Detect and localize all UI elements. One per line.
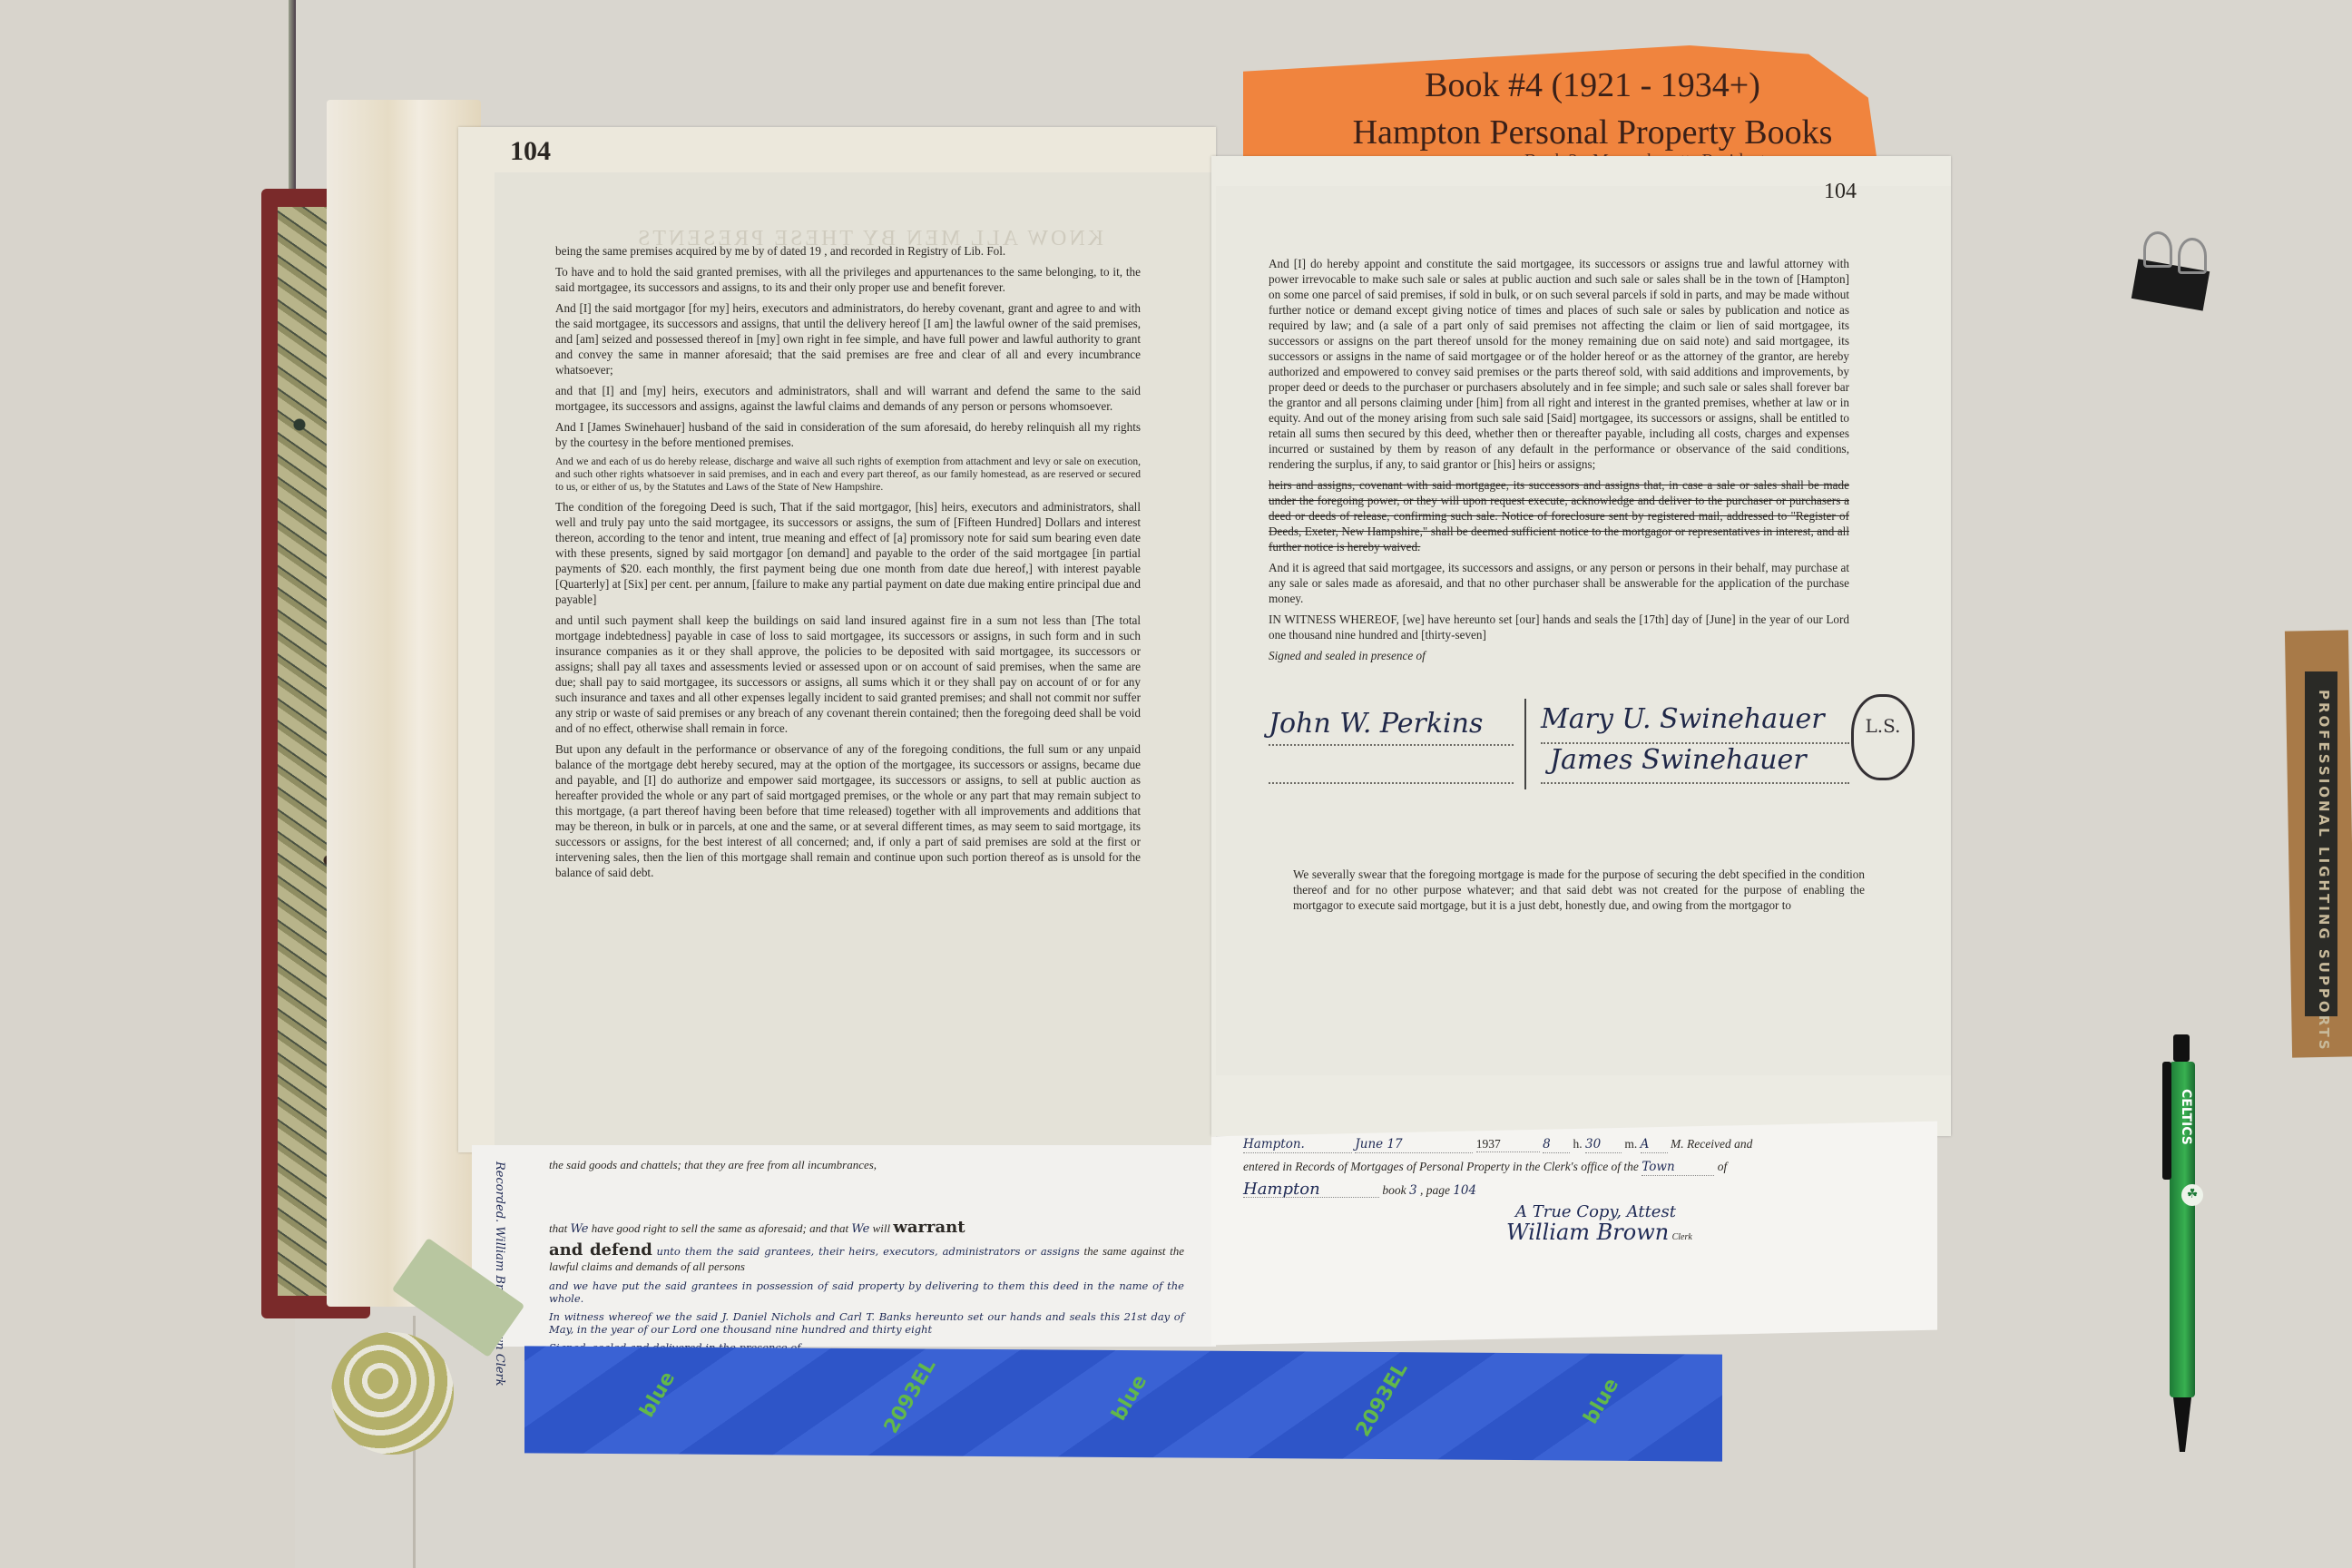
blank-lines — [549, 1178, 1184, 1214]
paragraph: And [I] do hereby appoint and constitute… — [1269, 256, 1849, 472]
mortgage-form-right: And [I] do hereby appoint and constitute… — [1269, 256, 1849, 669]
recording-certificate: Hampton. June 17 1937 8 h. 30 m. A M. Re… — [1243, 1136, 1878, 1250]
clerk-line: William Brown Clerk — [1243, 1225, 1878, 1245]
signature-block: John W. Perkins Mary U. Swinehauer James… — [1269, 699, 1904, 799]
oath-paragraph: We severally swear that the foregoing mo… — [1293, 867, 1865, 918]
paragraph: being the same premises acquired by me b… — [555, 243, 1141, 259]
paragraph: and that [I] and [my] heirs, executors a… — [555, 383, 1141, 414]
wax-seal-mark: L.S. — [1851, 694, 1915, 780]
sign-title-line1: Book #4 (1921 - 1934+) — [1243, 65, 1942, 105]
defend-line: and defend unto them the said grantees, … — [549, 1242, 1184, 1274]
page-number-right: 104 — [1824, 180, 1857, 204]
struck-paragraph: heirs and assigns, covenant with said mo… — [1269, 477, 1849, 554]
table-surface-left — [0, 0, 295, 1568]
clip-handle — [2143, 231, 2172, 268]
mortgage-form-left: being the same premises acquired by me b… — [555, 243, 1141, 886]
shamrock-icon: ☘ — [2181, 1184, 2203, 1206]
record-line-1: Hampton. June 17 1937 8 h. 30 m. A M. Re… — [1243, 1136, 1878, 1153]
pen-clip — [2162, 1062, 2171, 1180]
pen-label: CELTICS — [2179, 1089, 2193, 1145]
warrant-line: that We have good right to sell the same… — [549, 1220, 1184, 1237]
paragraph: And it is agreed that said mortgagee, it… — [1269, 560, 1849, 606]
paragraph: and until such payment shall keep the bu… — [555, 612, 1141, 736]
signature-line — [1269, 744, 1514, 746]
margin-note: Recorded. William Brown Town Clerk — [490, 1161, 508, 1387]
record-line-2: entered in Records of Mortgages of Perso… — [1243, 1159, 1878, 1176]
paragraph: And [I] the said mortgagor [for my] heir… — [555, 300, 1141, 377]
sign-title-line2: Hampton Personal Property Books — [1243, 113, 1942, 152]
chattel-line: the said goods and chattels; that they a… — [549, 1157, 1184, 1172]
paragraph: And we and each of us do hereby release,… — [555, 456, 1141, 494]
page-number-left: 104 — [510, 136, 551, 167]
paragraph: IN WITNESS WHEREOF, [we] have hereunto s… — [1269, 612, 1849, 642]
mortgagor-signature-1: Mary U. Swinehauer — [1541, 703, 1825, 735]
clip-handle — [2178, 238, 2207, 274]
signed-label: Signed and sealed in presence of — [1269, 648, 1849, 663]
record-line-3: Hampton book 3 , page 104 — [1243, 1181, 1878, 1199]
signature-divider — [1524, 699, 1526, 789]
handwritten-line: and we have put the said grantees in pos… — [549, 1279, 1184, 1305]
box-label: PROFESSIONAL LIGHTING SUPPORTS — [2316, 690, 2332, 1034]
paragraph: To have and to hold the said granted pre… — [555, 264, 1141, 295]
handwritten-line: In witness whereof we the said J. Daniel… — [549, 1310, 1184, 1336]
paragraph: But upon any default in the performance … — [555, 741, 1141, 880]
paragraph: The condition of the foregoing Deed is s… — [555, 499, 1141, 607]
witness-signature: John W. Perkins — [1269, 708, 1483, 740]
mortgagor-signature-2: James Swinehauer — [1550, 744, 1807, 776]
signature-line — [1541, 782, 1849, 784]
attest-line: A True Copy, Attest — [1243, 1204, 1878, 1220]
signature-line — [1269, 782, 1514, 784]
pen-tip — [2173, 1397, 2191, 1452]
table-seam — [289, 0, 296, 200]
patterned-clip-disc — [331, 1332, 454, 1455]
pen-button — [2173, 1034, 2190, 1062]
paragraph: We severally swear that the foregoing mo… — [1293, 867, 1865, 913]
blue-painters-tape: blue 2093EL blue 2093EL blue — [524, 1346, 1722, 1461]
paragraph: And I [James Swinehauer] husband of the … — [555, 419, 1141, 450]
